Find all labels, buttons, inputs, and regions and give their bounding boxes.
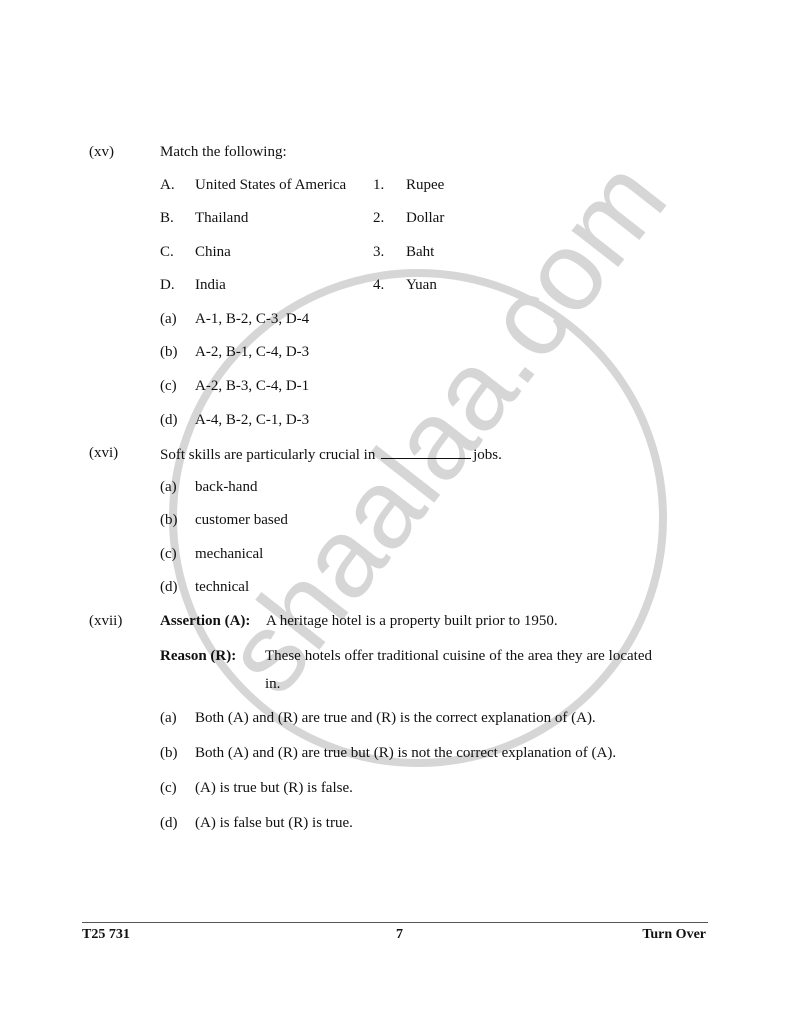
paper-code: T25 731	[82, 926, 130, 944]
option-label: (a)	[160, 709, 177, 727]
option-text: A-1, B-2, C-3, D-4	[195, 310, 309, 328]
match-item: China	[195, 243, 231, 261]
option-text: A-4, B-2, C-1, D-3	[195, 411, 309, 429]
option-label: (c)	[160, 377, 177, 395]
option-label: (d)	[160, 578, 178, 596]
option-label: (b)	[160, 343, 178, 361]
match-label: 3.	[373, 243, 384, 261]
match-label: D.	[160, 276, 175, 294]
option-label: (d)	[160, 814, 178, 832]
option-label: (c)	[160, 779, 177, 797]
option-text: mechanical	[195, 545, 263, 563]
match-label: 4.	[373, 276, 384, 294]
match-label: 1.	[373, 176, 384, 194]
match-item: United States of America	[195, 176, 346, 194]
option-text: customer based	[195, 511, 288, 529]
footer-divider	[82, 922, 708, 923]
option-text: Both (A) and (R) are true and (R) is the…	[195, 709, 596, 727]
fill-in-blank	[381, 444, 471, 459]
option-label: (b)	[160, 511, 178, 529]
match-label: 2.	[373, 209, 384, 227]
turn-over-label: Turn Over	[642, 926, 706, 944]
option-text: Both (A) and (R) are true but (R) is not…	[195, 744, 616, 762]
match-item: Dollar	[406, 209, 444, 227]
question-prompt: Soft skills are particularly crucial in …	[160, 444, 502, 464]
exam-page: (xv) Match the following: A. United Stat…	[0, 0, 800, 1035]
option-text: A-2, B-3, C-4, D-1	[195, 377, 309, 395]
option-text: back-hand	[195, 478, 257, 496]
option-text: (A) is true but (R) is false.	[195, 779, 353, 797]
match-label: C.	[160, 243, 174, 261]
match-item: Yuan	[406, 276, 437, 294]
assertion-text: A heritage hotel is a property built pri…	[266, 612, 558, 630]
option-text: (A) is false but (R) is true.	[195, 814, 353, 832]
option-text: technical	[195, 578, 249, 596]
match-item: Rupee	[406, 176, 444, 194]
question-number: (xvi)	[89, 444, 118, 462]
reason-label: Reason (R):	[160, 647, 236, 665]
prompt-before-blank: Soft skills are particularly crucial in	[160, 447, 375, 463]
option-label: (c)	[160, 545, 177, 563]
match-item: Baht	[406, 243, 434, 261]
question-number: (xv)	[89, 143, 114, 161]
match-label: A.	[160, 176, 175, 194]
page-number: 7	[396, 926, 403, 944]
match-item: Thailand	[195, 209, 248, 227]
option-label: (a)	[160, 478, 177, 496]
match-item: India	[195, 276, 226, 294]
option-label: (d)	[160, 411, 178, 429]
reason-text: These hotels offer traditional cuisine o…	[265, 642, 652, 698]
option-label: (b)	[160, 744, 178, 762]
assertion-label: Assertion (A):	[160, 612, 250, 630]
option-text: A-2, B-1, C-4, D-3	[195, 343, 309, 361]
match-label: B.	[160, 209, 174, 227]
prompt-after-blank: jobs.	[473, 447, 502, 463]
question-prompt: Match the following:	[160, 143, 287, 161]
option-label: (a)	[160, 310, 177, 328]
question-number: (xvii)	[89, 612, 122, 630]
